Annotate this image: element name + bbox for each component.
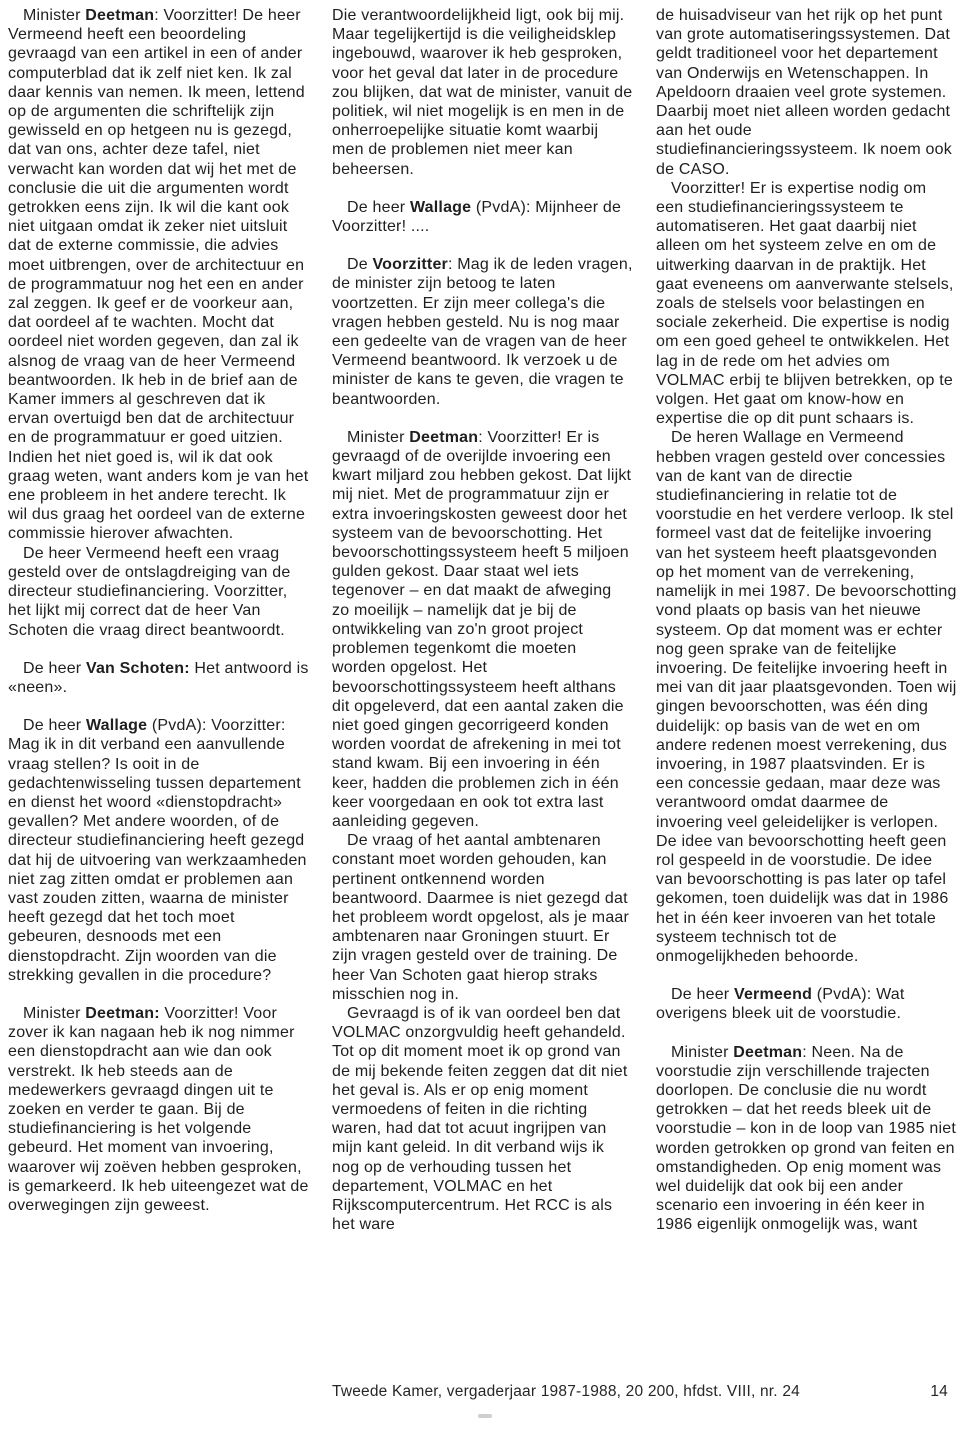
text-segment: De heer: [23, 660, 86, 677]
footer-reference: Tweede Kamer, vergaderjaar 1987-1988, 20…: [332, 1383, 800, 1401]
speaker-name: Wallage: [86, 717, 147, 734]
paragraph: de huisadviseur van het rijk op het punt…: [656, 6, 957, 179]
speaker-name: Deetman:: [85, 1005, 160, 1022]
paragraph: De heer Wallage (PvdA): Mijnheer de Voor…: [332, 198, 633, 236]
text-columns: Minister Deetman: Voorzitter! De heer Ve…: [8, 6, 957, 1235]
paragraph: Minister Deetman: Voorzitter! Er is gevr…: [332, 428, 633, 831]
paragraph: De Voorzitter: Mag ik de leden vragen, d…: [332, 255, 633, 409]
speaker-name: Voorzitter: [373, 256, 448, 273]
paragraph: De heer Wallage (PvdA): Voorzitter: Mag …: [8, 716, 309, 985]
paragraph: Minister Deetman: Voorzitter! De heer Ve…: [8, 6, 309, 544]
text-segment: Voorzitter! Er is expertise nodig om een…: [656, 180, 954, 427]
text-segment: de huisadviseur van het rijk op het punt…: [656, 7, 952, 178]
text-segment: Gevraagd is of ik van oordeel ben dat VO…: [332, 1005, 628, 1233]
text-segment: Minister: [347, 429, 409, 446]
paragraph: Gevraagd is of ik van oordeel ben dat VO…: [332, 1004, 633, 1234]
text-segment: (PvdA): Voorzitter: Mag ik in dit verban…: [8, 717, 307, 984]
text-segment: Minister: [671, 1044, 733, 1061]
speaker-name: Vermeend: [734, 986, 812, 1003]
paragraph: De heer Van Schoten: Het antwoord is «ne…: [8, 659, 309, 697]
speaker-name: Deetman: [85, 7, 154, 24]
text-segment: Minister: [23, 7, 85, 24]
text-segment: De heer: [671, 986, 734, 1003]
text-column-1: Minister Deetman: Voorzitter! De heer Ve…: [8, 6, 309, 1235]
speaker-name: Deetman: [409, 429, 478, 446]
paragraph: Minister Deetman: Voorzitter! Voor zover…: [8, 1004, 309, 1215]
paragraph: Voorzitter! Er is expertise nodig om een…: [656, 179, 957, 429]
speaker-name: Van Schoten:: [86, 660, 190, 677]
text-segment: De: [347, 256, 373, 273]
text-segment: Die verantwoordelijkheid ligt, ook bij m…: [332, 7, 632, 178]
text-segment: : Mag ik de leden vragen, de minister zi…: [332, 256, 633, 407]
text-segment: : Neen. Na de voorstudie zijn verschille…: [656, 1044, 956, 1234]
text-segment: De heer: [23, 717, 86, 734]
text-segment: Voorzitter! Voor zover ik kan nagaan heb…: [8, 1005, 309, 1214]
text-segment: : Voorzitter! Er is gevraagd of de overi…: [332, 429, 631, 830]
document-page: Minister Deetman: Voorzitter! De heer Ve…: [0, 0, 960, 1429]
speaker-name: Deetman: [733, 1044, 802, 1061]
paragraph: De vraag of het aantal ambtenaren consta…: [332, 831, 633, 1004]
paragraph: De heren Wallage en Vermeend hebben vrag…: [656, 428, 957, 966]
paragraph: De heer Vermeend (PvdA): Wat overigens b…: [656, 985, 957, 1023]
paragraph: De heer Vermeend heeft een vraag gesteld…: [8, 544, 309, 640]
text-segment: De vraag of het aantal ambtenaren consta…: [332, 832, 629, 1003]
text-segment: De heer Vermeend heeft een vraag gesteld…: [8, 545, 290, 639]
paragraph: Die verantwoordelijkheid ligt, ook bij m…: [332, 6, 633, 179]
text-segment: De heren Wallage en Vermeend hebben vrag…: [656, 429, 957, 964]
scan-artifact: [478, 1414, 492, 1418]
text-segment: Minister: [23, 1005, 85, 1022]
text-column-3: de huisadviseur van het rijk op het punt…: [656, 6, 957, 1235]
footer-page-number: 14: [930, 1383, 948, 1401]
page-footer: Tweede Kamer, vergaderjaar 1987-1988, 20…: [332, 1383, 948, 1401]
text-column-2: Die verantwoordelijkheid ligt, ook bij m…: [332, 6, 633, 1235]
text-segment: De heer: [347, 199, 410, 216]
speaker-name: Wallage: [410, 199, 471, 216]
paragraph: Minister Deetman: Neen. Na de voorstudie…: [656, 1043, 957, 1235]
text-segment: : Voorzitter! De heer Vermeend heeft een…: [8, 7, 308, 542]
